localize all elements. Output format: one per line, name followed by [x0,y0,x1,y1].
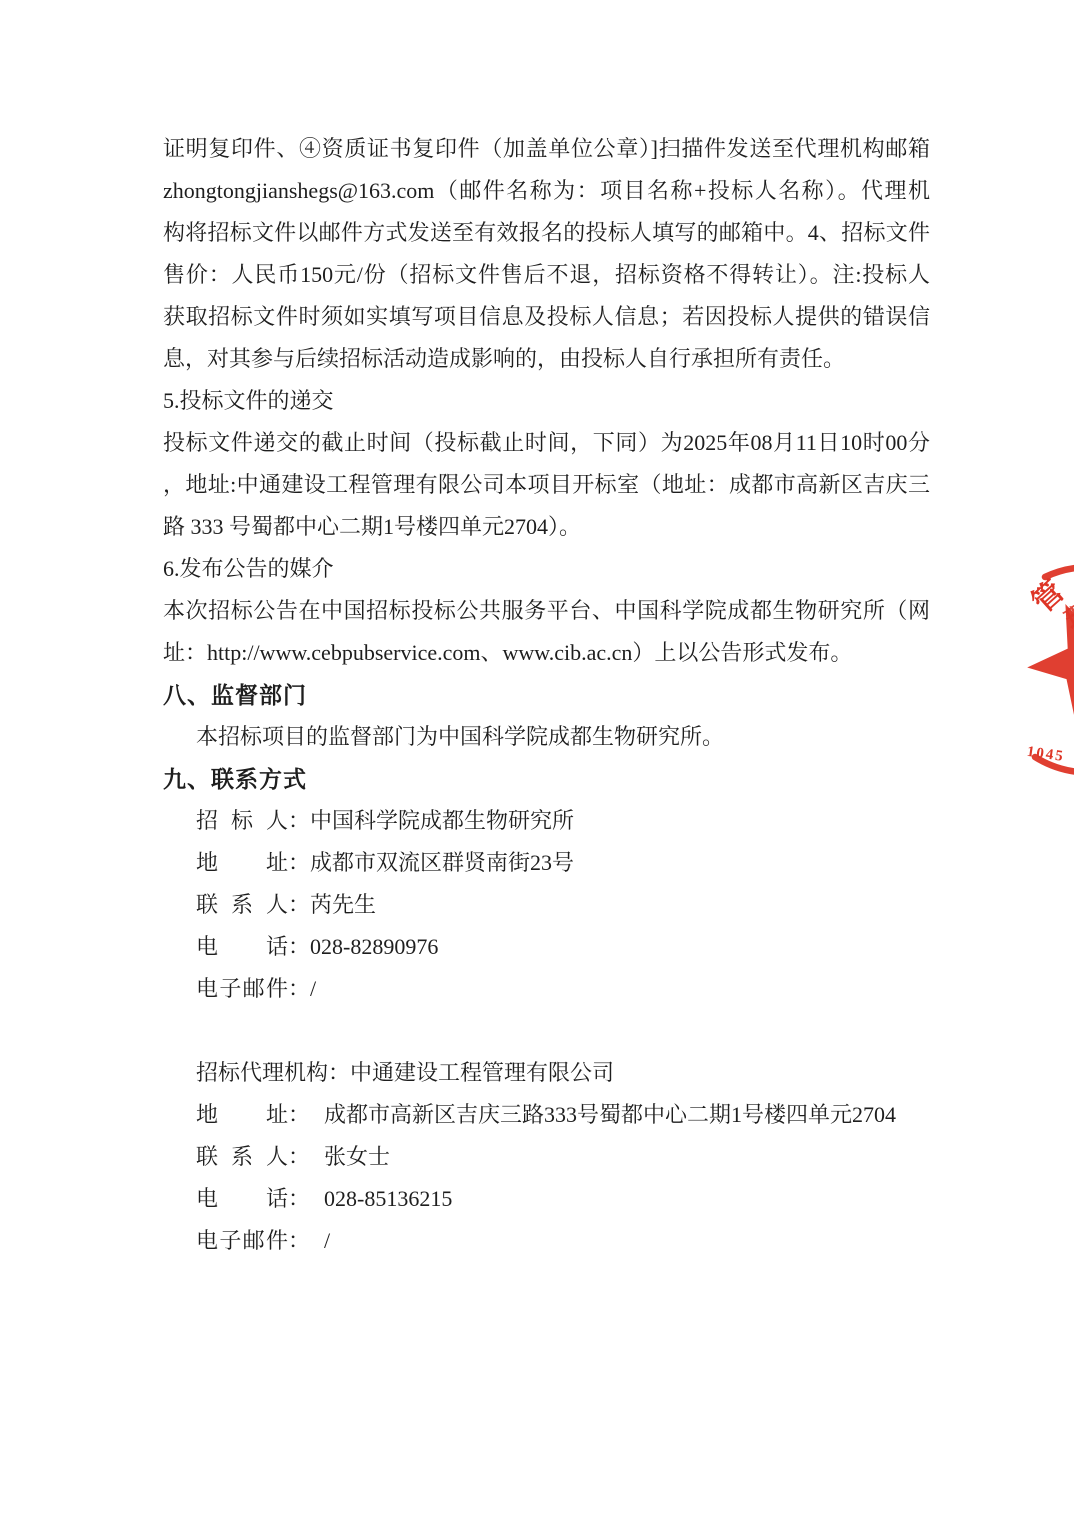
seal-ring-top-arc [1045,567,1074,670]
numbered-item: 5.投标文件的递交 [163,380,930,422]
contact-value: 成都市高新区吉庆三路333号蜀都中心二期1号楼四单元2704 [324,1102,896,1127]
paragraph-line: 路 333 号蜀都中心二期1号楼四单元2704）。 [163,506,930,548]
seal-serial-number: 1045 [1026,744,1066,765]
paragraph-line: ，地址:中通建设工程管理有限公司本项目开标室（地址：成都市高新区吉庆三 [163,464,930,506]
contact-label: 招标人 [196,800,288,842]
paragraph-line: 投标文件递交的截止时间（投标截止时间，下同）为2025年08月11日10时00分 [163,422,930,464]
contact-colon: ： [288,934,310,959]
seal-ring-bottom-arc [1035,680,1074,773]
section-heading: 八、监督部门 [163,674,930,716]
contact-label: 电子邮件 [196,1220,288,1262]
document-body: 证明复印件、④资质证书复印件（加盖单位公章）]扫描件发送至代理机构邮箱zhong… [163,128,930,1262]
contact-label: 电话 [196,926,288,968]
contact-label: 电话 [196,1178,288,1220]
paragraph-line: 构将招标文件以邮件方式发送至有效报名的投标人填写的邮箱中。4、招标文件 [163,212,930,254]
blank-line [163,1010,930,1052]
contact-label: 联系人 [196,1136,288,1178]
contact-row: 电子邮件：/ [163,1220,930,1262]
contact-row: 地址：成都市高新区吉庆三路333号蜀都中心二期1号楼四单元2704 [163,1094,930,1136]
seal-ring-char: 管 [1026,575,1070,620]
paragraph-line: 址：http://www.cebpubservice.com、www.cib.a… [163,632,930,674]
contact-colon: ： [288,808,310,833]
paragraph-line: 获取招标文件时须如实填写项目信息及投标人信息；若因投标人提供的错误信 [163,296,930,338]
contact-colon: ： [288,1144,310,1169]
contact-colon: ： [288,1228,310,1253]
contact-colon: ： [288,1186,310,1211]
section-heading: 九、联系方式 [163,758,930,800]
official-seal: 管 理 1045 [980,540,1074,790]
contact-label: 地址 [196,1094,288,1136]
indented-line: 本招标项目的监督部门为中国科学院成都生物研究所。 [163,716,930,758]
contact-value: 028-82890976 [310,934,438,959]
contact-value: 中通建设工程管理有限公司 [350,1060,614,1085]
paragraph-line: 证明复印件、④资质证书复印件（加盖单位公章）]扫描件发送至代理机构邮箱 [163,128,930,170]
contact-label: 地址 [196,842,288,884]
seal-star [1027,604,1074,723]
paragraph-line: 售价：人民币150元/份（招标文件售后不退，招标资格不得转让）。注:投标人 [163,254,930,296]
contact-row: 招标人：中国科学院成都生物研究所 [163,800,930,842]
numbered-item: 6.发布公告的媒介 [163,548,930,590]
contact-row: 联系人：张女士 [163,1136,930,1178]
contact-colon: ： [288,850,310,875]
contact-value: 芮先生 [310,892,376,917]
contact-value: 成都市双流区群贤南街23号 [310,850,574,875]
contact-row: 电子邮件：/ [163,968,930,1010]
contact-colon: ： [288,1102,310,1127]
paragraph-line: 本次招标公告在中国招标投标公共服务平台、中国科学院成都生物研究所（网 [163,590,930,632]
contact-value: 中国科学院成都生物研究所 [310,808,574,833]
contact-row: 电话：028-82890976 [163,926,930,968]
contact-colon: ： [328,1060,350,1085]
contact-colon: ： [288,976,310,1001]
contact-row: 地址：成都市双流区群贤南街23号 [163,842,930,884]
contact-row: 电话：028-85136215 [163,1178,930,1220]
contact-row: 招标代理机构：中通建设工程管理有限公司 [163,1052,930,1094]
document-page: 证明复印件、④资质证书复印件（加盖单位公章）]扫描件发送至代理机构邮箱zhong… [0,0,1074,1520]
contact-row: 联系人：芮先生 [163,884,930,926]
paragraph-line: zhongtongjianshegs@163.com（邮件名称为：项目名称+投标… [163,170,930,212]
contact-colon: ： [288,892,310,917]
seal-ring-char-partial: 理 [1060,596,1074,635]
contact-value: / [310,976,316,1001]
contact-label: 联系人 [196,884,288,926]
paragraph-line: 息，对其参与后续招标活动造成影响的，由投标人自行承担所有责任。 [163,338,930,380]
contact-value: / [324,1228,330,1253]
contact-label: 电子邮件 [196,968,288,1010]
contact-value: 028-85136215 [324,1186,452,1211]
contact-value: 张女士 [324,1144,390,1169]
contact-label: 招标代理机构 [196,1052,328,1094]
